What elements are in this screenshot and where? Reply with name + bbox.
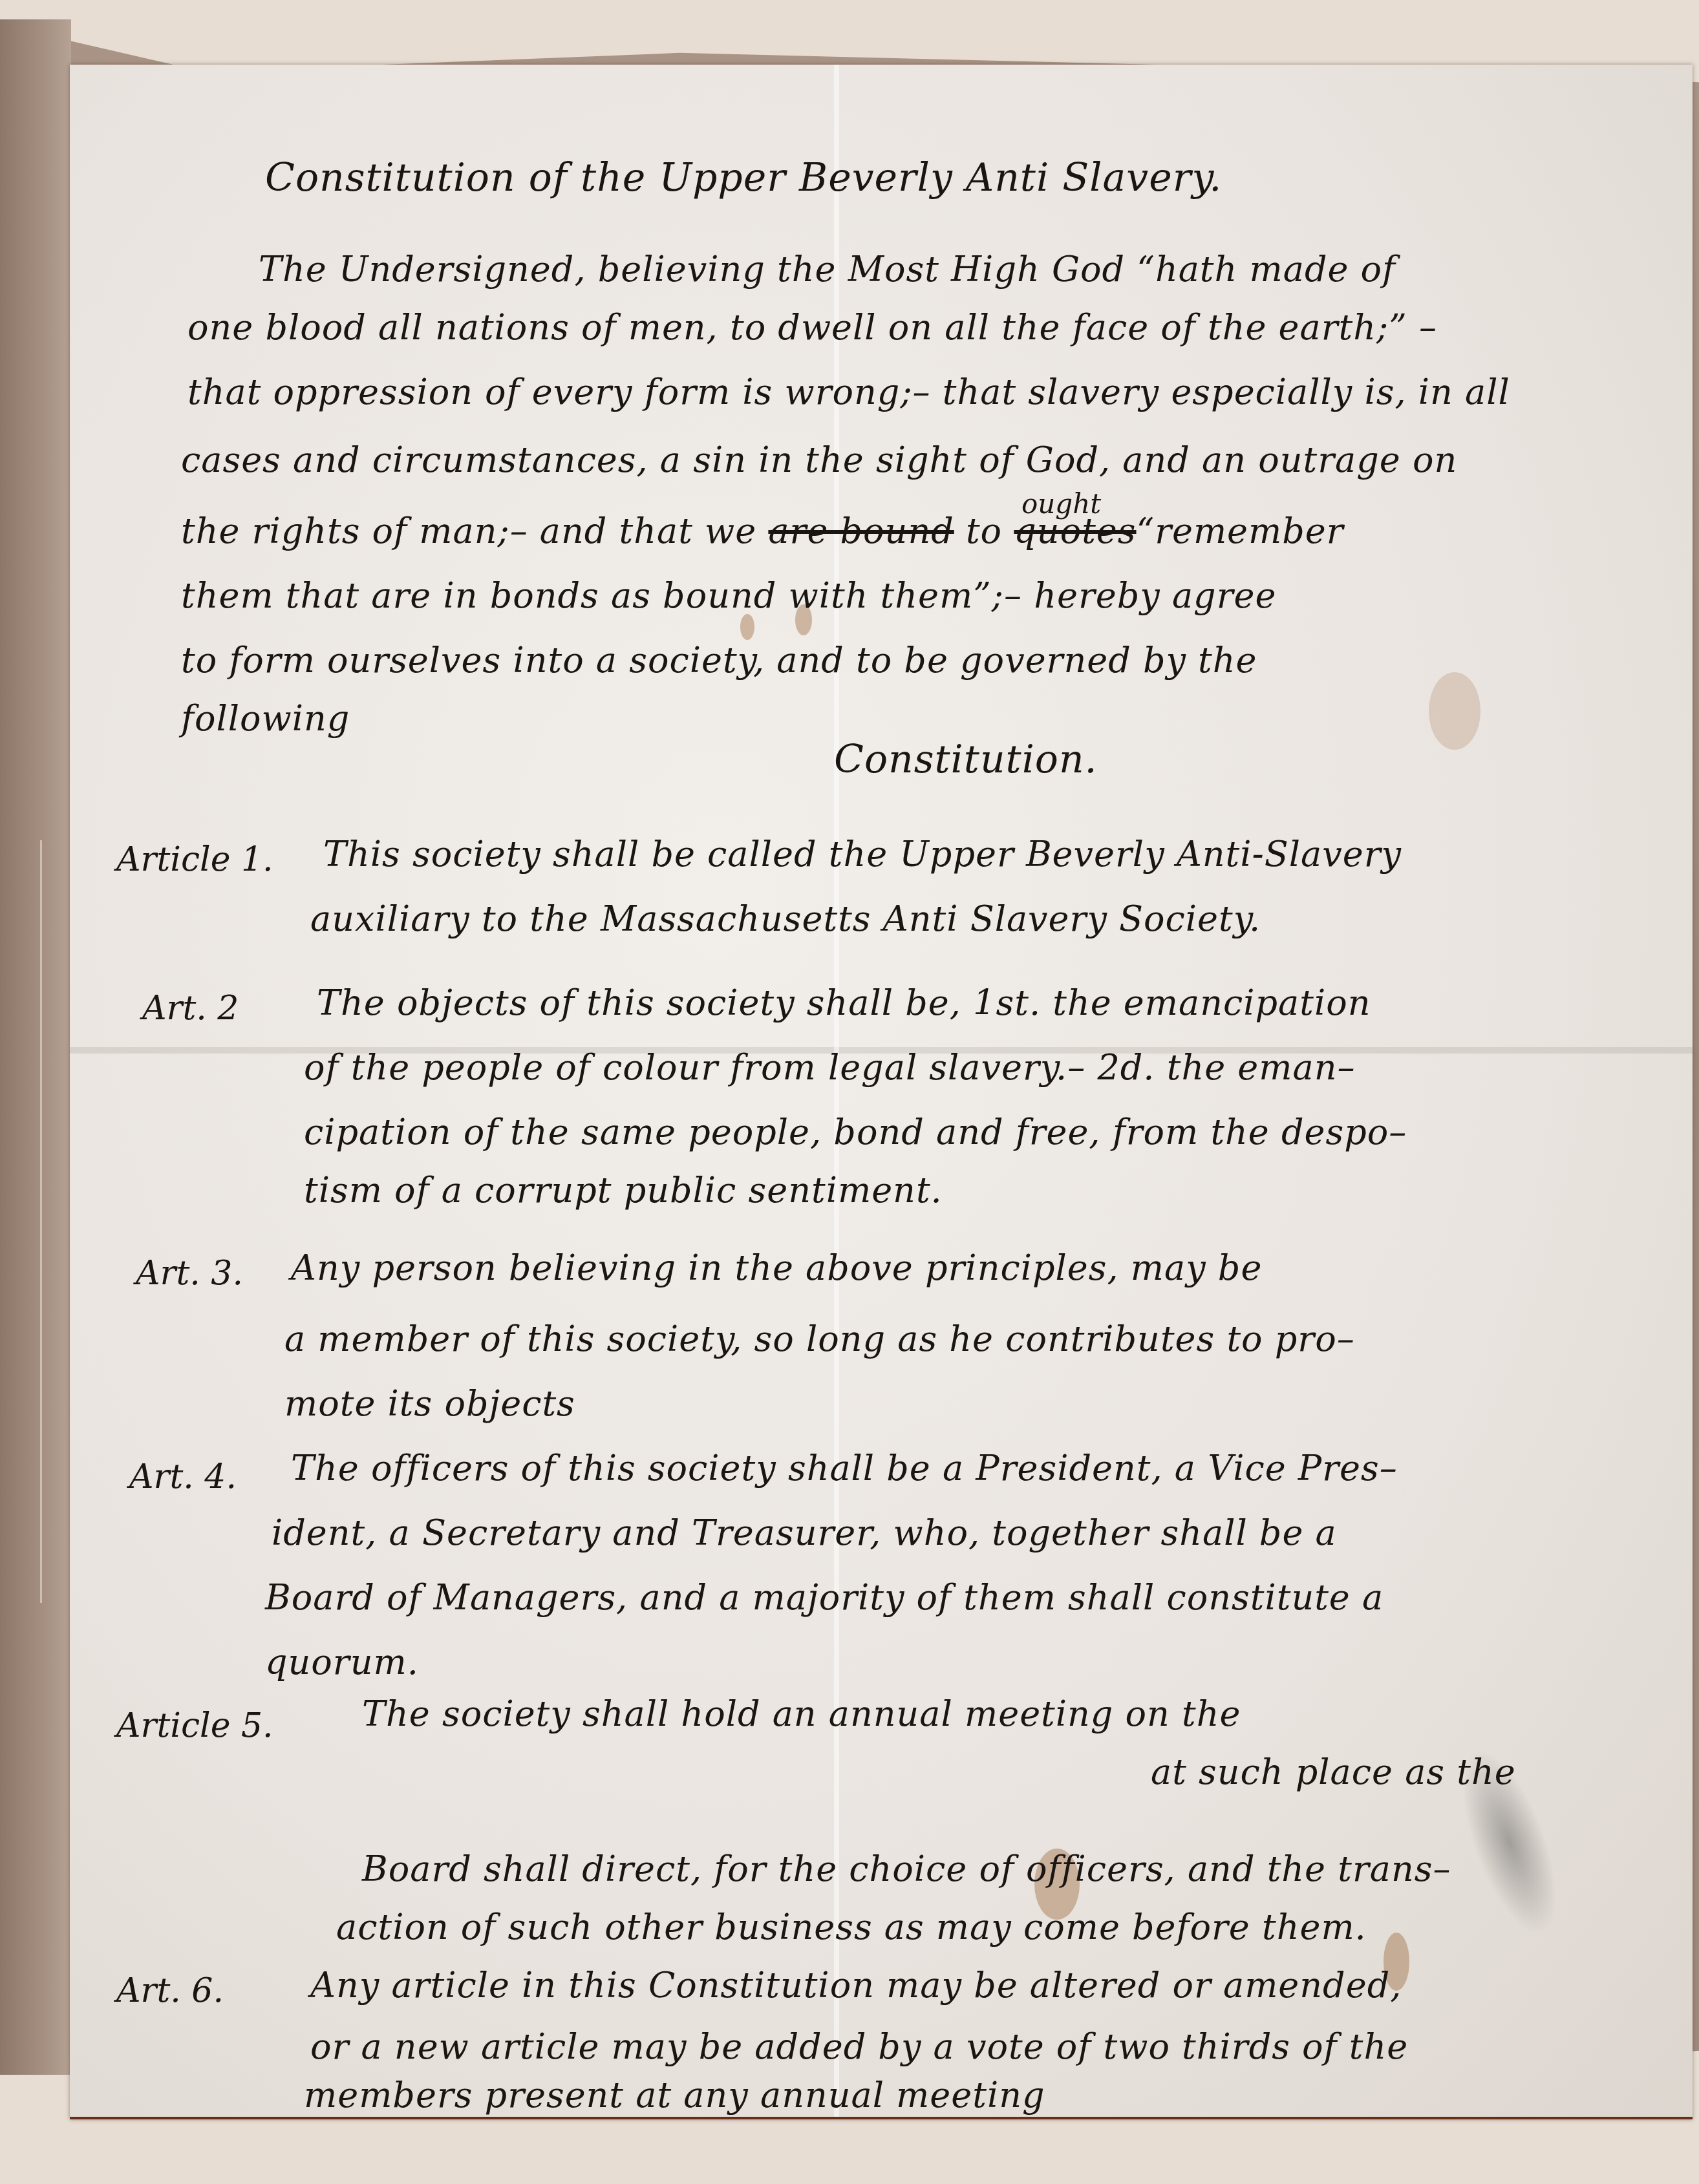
article-label: Art. 3. [136, 1254, 243, 1293]
article-label: Article 5. [116, 1706, 273, 1745]
article-line: Any person believing in the above princi… [291, 1247, 1262, 1288]
article-line: of the people of colour from legal slave… [304, 1047, 1355, 1088]
preamble-line: that oppression of every form is wrong;–… [187, 372, 1510, 412]
article-line: The objects of this society shall be, 1s… [317, 982, 1371, 1023]
article-line: action of such other business as may com… [336, 1907, 1367, 1947]
article-label: Art. 4. [129, 1458, 237, 1496]
document-title: Constitution of the Upper Beverly Anti S… [265, 155, 1222, 200]
article-line: This society shall be called the Upper B… [323, 834, 1402, 875]
foxing-stain [1429, 672, 1480, 750]
article-line: at such place as the [1151, 1752, 1516, 1792]
article-line: auxiliary to the Massachusetts Anti Slav… [310, 898, 1261, 939]
article-line: Any article in this Constitution may be … [310, 1965, 1402, 2006]
preamble-line: them that are in bonds as bound with the… [181, 575, 1276, 616]
article-line: tism of a corrupt public sentiment. [304, 1170, 943, 1211]
preamble-line: following [181, 698, 350, 739]
article-label: Art. 6. [116, 1971, 224, 2010]
preamble-line-with-corrections: the rights of man;– and that we are boun… [181, 511, 1344, 551]
article-line: members present at any annual meeting [304, 2075, 1045, 2115]
preamble-line: one blood all nations of men, to dwell o… [187, 307, 1437, 348]
preamble-line: cases and circumstances, a sin in the si… [181, 440, 1457, 480]
binding-thread [40, 840, 42, 1603]
struck-text: are bound [768, 511, 954, 551]
ink-stain [740, 614, 754, 640]
constitution-heading: Constitution. [834, 737, 1098, 782]
article-line: cipation of the same people, bond and fr… [304, 1112, 1407, 1152]
binding-strip [0, 19, 71, 2075]
article-line: or a new article may be added by a vote … [310, 2026, 1408, 2067]
article-line: The society shall hold an annual meeting… [362, 1693, 1241, 1734]
struck-text: quotes [1014, 511, 1136, 551]
preamble-line: to form ourselves into a society, and to… [181, 640, 1257, 681]
article-line: ident, a Secretary and Treasurer, who, t… [272, 1512, 1337, 1553]
article-line: Board shall direct, for the choice of of… [362, 1849, 1451, 1889]
article-line: quorum. [265, 1642, 419, 1682]
article-label: Art. 2 [142, 989, 239, 1028]
article-line: Board of Managers, and a majority of the… [265, 1577, 1384, 1618]
article-label: Article 1. [116, 840, 273, 879]
article-line: The officers of this society shall be a … [291, 1448, 1398, 1489]
article-line: a member of this society, so long as he … [284, 1319, 1355, 1359]
article-line: mote its objects [284, 1383, 575, 1424]
preamble-line: The Undersigned, believing the Most High… [259, 249, 1396, 290]
